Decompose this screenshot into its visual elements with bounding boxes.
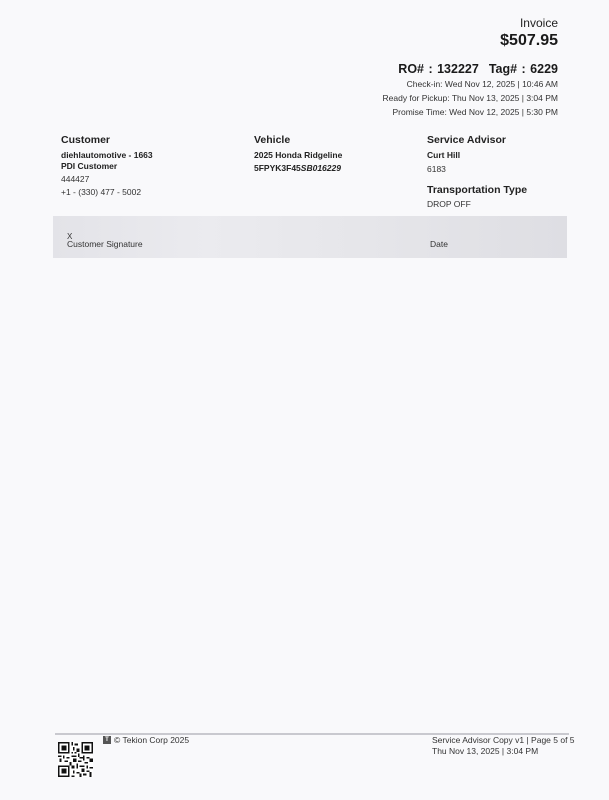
service-advisor-id: 6183 [427,164,527,175]
copyright: T © Tekion Corp 2025 [103,735,189,745]
transportation-title: Transportation Type [427,184,527,197]
promise-time: Promise Time: Wed Nov 12, 2025 | 5:30 PM [258,105,558,119]
vehicle-model: 2025 Honda Ridgeline [254,150,342,161]
service-advisor-name: Curt Hill [427,150,527,161]
invoice-header: Invoice $507.95 RO# : 132227Tag# : 6229 … [258,16,558,119]
tag-number: Tag# : 6229 [489,62,558,76]
customer-id: 444427 [61,174,153,185]
vehicle-vin: 5FPYK3F45SB016229 [254,163,342,174]
vin-prefix: 5FPYK3F45 [254,163,301,173]
transportation-type: DROP OFF [427,199,527,210]
customer-section: Customer diehlautomotive - 1663 PDI Cust… [61,134,153,198]
footer-info: Service Advisor Copy v1 | Page 5 of 5 Th… [432,735,575,757]
checkin-time: Check-in: Wed Nov 12, 2025 | 10:46 AM [258,77,558,91]
vehicle-title: Vehicle [254,134,342,147]
qr-code-icon [58,742,93,777]
service-advisor-section: Service Advisor Curt Hill 6183 Transport… [427,134,527,210]
ready-for-pickup-time: Ready for Pickup: Thu Nov 13, 2025 | 3:0… [258,91,558,105]
customer-name: diehlautomotive - 1663 [61,150,153,161]
vin-suffix: SB016229 [301,163,341,173]
tekion-logo-icon: T [103,736,111,744]
customer-phone: +1 - (330) 477 - 5002 [61,187,153,198]
date-label: Date [430,239,448,249]
copyright-text: © Tekion Corp 2025 [114,735,189,745]
invoice-amount: $507.95 [258,31,558,51]
service-advisor-title: Service Advisor [427,134,527,147]
customer-title: Customer [61,134,153,147]
vehicle-section: Vehicle 2025 Honda Ridgeline 5FPYK3F45SB… [254,134,342,174]
ro-tag-line: RO# : 132227Tag# : 6229 [258,61,558,77]
customer-signature-label: Customer Signature [67,239,143,249]
signature-box: X Customer Signature Date [53,216,567,258]
ro-number: RO# : 132227 [398,62,479,76]
copy-page-info: Service Advisor Copy v1 | Page 5 of 5 [432,735,575,746]
printed-timestamp: Thu Nov 13, 2025 | 3:04 PM [432,746,575,757]
customer-type: PDI Customer [61,161,153,172]
document-type: Invoice [258,16,558,30]
